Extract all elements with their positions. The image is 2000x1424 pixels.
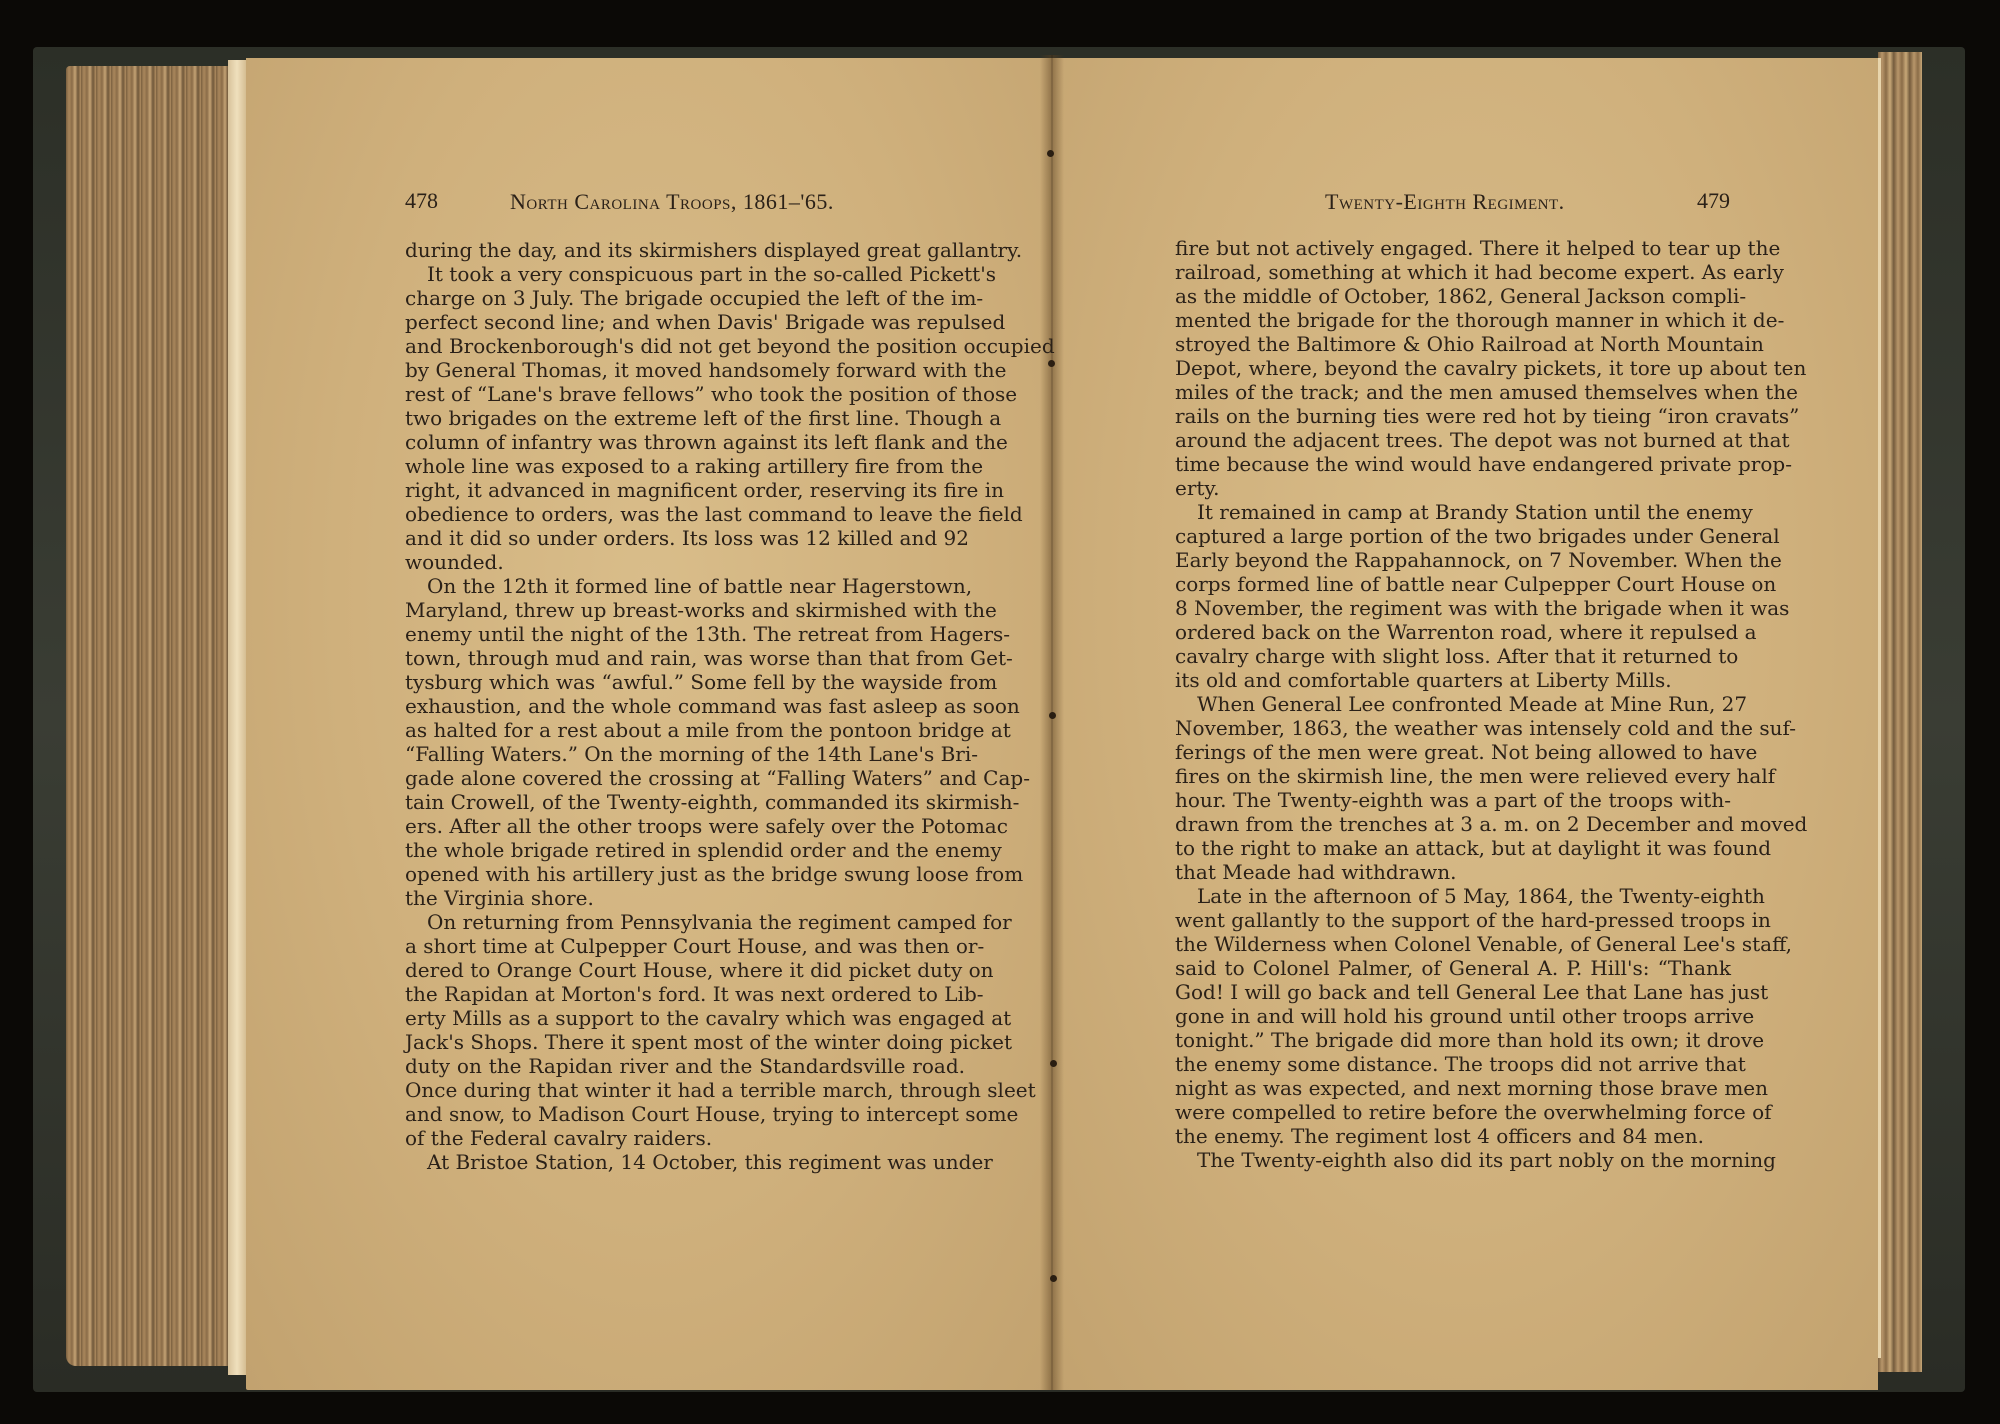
text-line: On the 12th it formed line of battle nea… (405, 574, 965, 598)
text-line: November, 1863, the weather was intensel… (1175, 716, 1731, 740)
text-line: Jack's Shops. There it spent most of the… (405, 1030, 965, 1054)
binding-stitch (1048, 360, 1055, 367)
text-line: of the Federal cavalry raiders. (405, 1126, 965, 1150)
text-line: to the right to make an attack, but at d… (1175, 836, 1731, 860)
text-line: the Wilderness when Colonel Venable, of … (1175, 932, 1731, 956)
text-line: gone in and will hold his ground until o… (1175, 1004, 1731, 1028)
running-head-right: Twenty-Eighth Regiment. (1325, 189, 1565, 215)
binding-stitch (1049, 712, 1056, 719)
text-line: It took a very conspicuous part in the s… (405, 262, 965, 286)
text-line: ordered back on the Warrenton road, wher… (1175, 620, 1731, 644)
text-line: tain Crowell, of the Twenty-eighth, comm… (405, 790, 965, 814)
text-line: enemy until the night of the 13th. The r… (405, 622, 965, 646)
text-line: duty on the Rapidan river and the Standa… (405, 1054, 965, 1078)
text-line: “Falling Waters.” On the morning of the … (405, 742, 965, 766)
text-line: the whole brigade retired in splendid or… (405, 838, 965, 862)
binding-stitch (1050, 1060, 1057, 1067)
text-line: mented the brigade for the thorough mann… (1175, 308, 1731, 332)
text-line: around the adjacent trees. The depot was… (1175, 428, 1731, 452)
text-line: the enemy. The regiment lost 4 officers … (1175, 1124, 1731, 1148)
text-line: Once during that winter it had a terribl… (405, 1078, 965, 1102)
page-number-right: 479 (1697, 188, 1730, 214)
text-line: obedience to orders, was the last comman… (405, 502, 965, 526)
text-line: captured a large portion of the two brig… (1175, 524, 1731, 548)
endpaper-edge-left (228, 60, 246, 1375)
text-line: went gallantly to the support of the har… (1175, 908, 1731, 932)
book-gutter (1040, 55, 1064, 1390)
text-line: opened with his artillery just as the br… (405, 862, 965, 886)
text-line: Depot, where, beyond the cavalry pickets… (1175, 356, 1731, 380)
text-line: When General Lee confronted Meade at Min… (1175, 692, 1731, 716)
text-line: perfect second line; and when Davis' Bri… (405, 310, 965, 334)
binding-stitch (1050, 1275, 1057, 1282)
text-line: as the middle of October, 1862, General … (1175, 284, 1731, 308)
text-line: Early beyond the Rappahannock, on 7 Nove… (1175, 548, 1731, 572)
text-line: rest of “Lane's brave fellows” who took … (405, 382, 965, 406)
text-line: erty. (1175, 476, 1731, 500)
text-line: and it did so under orders. Its loss was… (405, 526, 965, 550)
text-line: railroad, something at which it had beco… (1175, 260, 1731, 284)
text-line: fires on the skirmish line, the men were… (1175, 764, 1731, 788)
text-line: the enemy some distance. The troops did … (1175, 1052, 1731, 1076)
text-line: the Virginia shore. (405, 886, 965, 910)
text-line: Maryland, threw up breast-works and skir… (405, 598, 965, 622)
text-line: right, it advanced in magnificent order,… (405, 478, 965, 502)
text-line: by General Thomas, it moved handsomely f… (405, 358, 965, 382)
page-edges-left (66, 66, 246, 1366)
text-line: its old and comfortable quarters at Libe… (1175, 668, 1731, 692)
text-line: It remained in camp at Brandy Station un… (1175, 500, 1731, 524)
page-edges-right (1878, 52, 1922, 1372)
text-line: a short time at Culpepper Court House, a… (405, 934, 965, 958)
text-line: as halted for a rest about a mile from t… (405, 718, 965, 742)
text-line: drawn from the trenches at 3 a. m. on 2 … (1175, 812, 1731, 836)
text-line: that Meade had withdrawn. (1175, 860, 1731, 884)
text-line: column of infantry was thrown against it… (405, 430, 965, 454)
text-line: On returning from Pennsylvania the regim… (405, 910, 965, 934)
text-line: during the day, and its skirmishers disp… (405, 238, 965, 262)
text-line: rails on the burning ties were red hot b… (1175, 404, 1731, 428)
text-line: Late in the afternoon of 5 May, 1864, th… (1175, 884, 1731, 908)
text-line: were compelled to retire before the over… (1175, 1100, 1731, 1124)
text-line: ers. After all the other troops were saf… (405, 814, 965, 838)
text-line: fire but not actively engaged. There it … (1175, 236, 1731, 260)
text-line: hour. The Twenty-eighth was a part of th… (1175, 788, 1731, 812)
text-line: said to Colonel Palmer, of General A. P.… (1175, 956, 1731, 980)
text-line: dered to Orange Court House, where it di… (405, 958, 965, 982)
text-line: and snow, to Madison Court House, trying… (405, 1102, 965, 1126)
right-page-body: fire but not actively engaged. There it … (1175, 236, 1731, 1172)
text-line: gade alone covered the crossing at “Fall… (405, 766, 965, 790)
text-line: stroyed the Baltimore & Ohio Railroad at… (1175, 332, 1731, 356)
text-line: 8 November, the regiment was with the br… (1175, 596, 1731, 620)
binding-stitch (1047, 150, 1054, 157)
text-line: time because the wind would have endange… (1175, 452, 1731, 476)
text-line: the Rapidan at Morton's ford. It was nex… (405, 982, 965, 1006)
text-line: charge on 3 July. The brigade occupied t… (405, 286, 965, 310)
text-line: erty Mills as a support to the cavalry w… (405, 1006, 965, 1030)
text-line: cavalry charge with slight loss. After t… (1175, 644, 1731, 668)
left-page-body: during the day, and its skirmishers disp… (405, 238, 965, 1174)
page-number-left: 478 (405, 188, 438, 214)
text-line: night as was expected, and next morning … (1175, 1076, 1731, 1100)
running-head-left: North Carolina Troops, 1861–'65. (510, 189, 834, 215)
text-line: God! I will go back and tell General Lee… (1175, 980, 1731, 1004)
text-line: wounded. (405, 550, 965, 574)
text-line: ferings of the men were great. Not being… (1175, 740, 1731, 764)
text-line: whole line was exposed to a raking artil… (405, 454, 965, 478)
text-line: tysburg which was “awful.” Some fell by … (405, 670, 965, 694)
text-line: exhaustion, and the whole command was fa… (405, 694, 965, 718)
text-line: tonight.” The brigade did more than hold… (1175, 1028, 1731, 1052)
text-line: The Twenty-eighth also did its part nobl… (1175, 1148, 1731, 1172)
text-line: At Bristoe Station, 14 October, this reg… (405, 1150, 965, 1174)
text-line: miles of the track; and the men amused t… (1175, 380, 1731, 404)
text-line: corps formed line of battle near Culpepp… (1175, 572, 1731, 596)
text-line: town, through mud and rain, was worse th… (405, 646, 965, 670)
text-line: and Brockenborough's did not get beyond … (405, 334, 965, 358)
text-line: two brigades on the extreme left of the … (405, 406, 965, 430)
